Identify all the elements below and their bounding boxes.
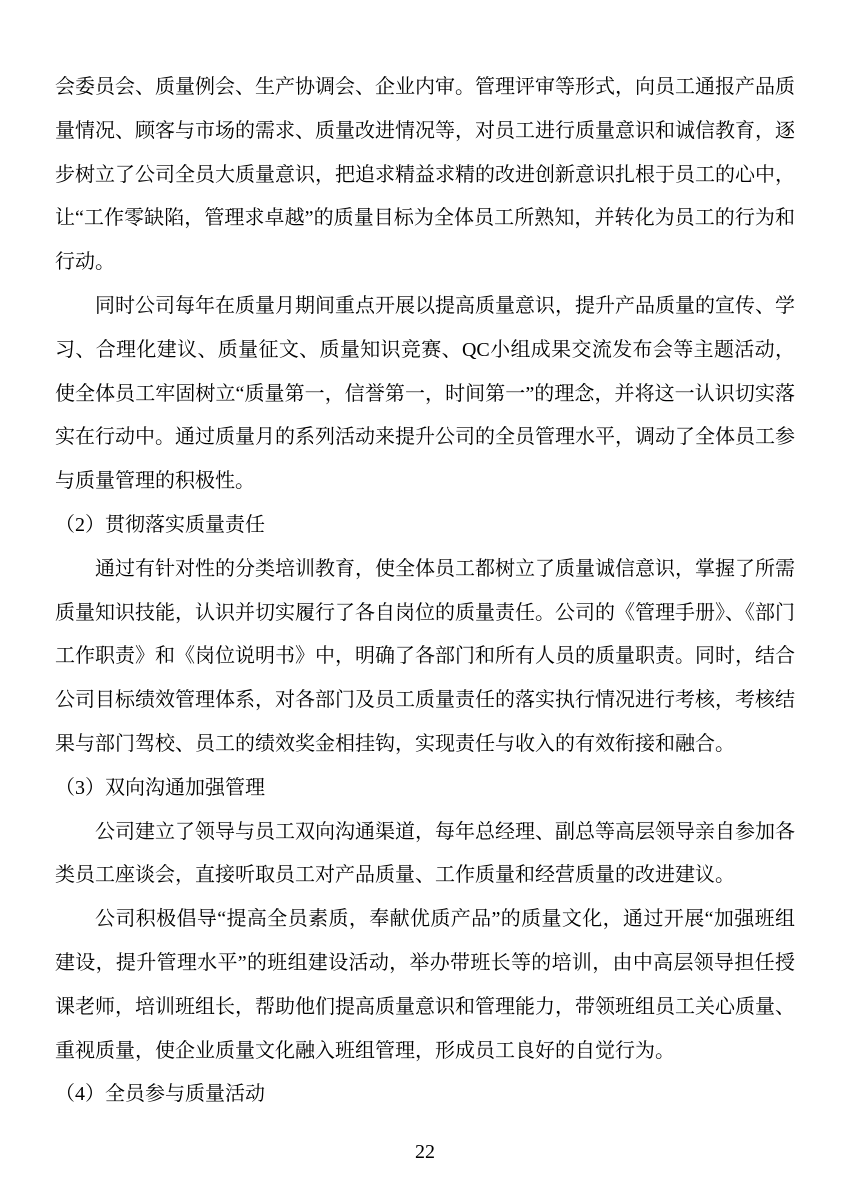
paragraph-two-way-communication: 公司建立了领导与员工双向沟通渠道，每年总经理、副总等高层领导亲自参加各类员工座谈… [55,811,795,899]
heading-section-3: （3）双向沟通加强管理 [55,767,795,811]
paragraph-quality-responsibility: 通过有针对性的分类培训教育，使全体员工都树立了质量诚信意识，掌握了所需质量知识技… [55,548,795,767]
paragraph-quality-meetings: 会委员会、质量例会、生产协调会、企业内审。管理评审等形式，向员工通报产品质量情况… [55,66,795,285]
heading-section-2: （2）贯彻落实质量责任 [55,504,795,548]
document-body: 会委员会、质量例会、生产协调会、企业内审。管理评审等形式，向员工通报产品质量情况… [55,66,795,1117]
paragraph-quality-culture: 公司积极倡导“提高全员素质，奉献优质产品”的质量文化，通过开展“加强班组建设，提… [55,898,795,1073]
paragraph-quality-month: 同时公司每年在质量月期间重点开展以提高质量意识，提升产品质量的宣传、学习、合理化… [55,285,795,504]
document-page: 会委员会、质量例会、生产协调会、企业内审。管理评审等形式，向员工通报产品质量情况… [0,0,850,1202]
page-number: 22 [0,1140,850,1164]
heading-section-4: （4）全员参与质量活动 [55,1073,795,1117]
